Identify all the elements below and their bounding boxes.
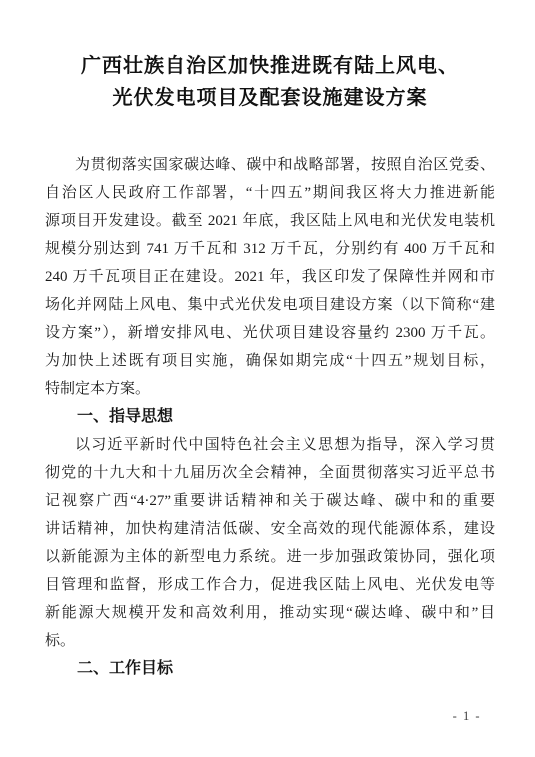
title-line-2: 光伏发电项目及配套设施建设方案 (45, 82, 495, 114)
text-line: 以新能源为主体的新型电力系统。进一步加强政策协同，强化项 (45, 543, 495, 571)
text-line: 为加快上述既有项目实施，确保如期完成“十四五”规划目标， (45, 347, 495, 375)
text-line: 以习近平新时代中国特色社会主义思想为指导，深入学习贯 (45, 431, 495, 459)
text-line: 240 万千瓦项目正在建设。2021 年，我区印发了保障性并网和市 (45, 263, 495, 291)
text-line: 源项目开发建设。截至 2021 年底，我区陆上风电和光伏发电装机 (45, 207, 495, 235)
page-number: - 1 - (453, 709, 481, 724)
document-page: 广西壮族自治区加快推进既有陆上风电、 光伏发电项目及配套设施建设方案 为贯彻落实… (0, 0, 535, 757)
text-line: 为贯彻落实国家碳达峰、碳中和战略部署，按照自治区党委、 (45, 151, 495, 179)
document-body: 为贯彻落实国家碳达峰、碳中和战略部署，按照自治区党委、自治区人民政府工作部署，“… (45, 151, 495, 683)
text-line: 设方案”），新增安排风电、光伏项目建设容量约 2300 万千瓦。 (45, 319, 495, 347)
title-line-1: 广西壮族自治区加快推进既有陆上风电、 (45, 50, 495, 82)
text-line: 讲话精神，加快构建清洁低碳、安全高效的现代能源体系，建设 (45, 515, 495, 543)
text-line: 自治区人民政府工作部署，“十四五”期间我区将大力推进新能 (45, 179, 495, 207)
paragraph-intro: 为贯彻落实国家碳达峰、碳中和战略部署，按照自治区党委、自治区人民政府工作部署，“… (45, 151, 495, 403)
text-line: 记视察广西“4·27”重要讲话精神和关于碳达峰、碳中和的重要 (45, 487, 495, 515)
text-line: 目管理和监督，形成工作合力，促进我区陆上风电、光伏发电等 (45, 571, 495, 599)
text-line: 彻党的十九大和十九届历次全会精神，全面贯彻落实习近平总书 (45, 459, 495, 487)
text-line: 新能源大规模开发和高效利用，推动实现“碳达峰、碳中和”目 (45, 599, 495, 627)
text-line: 场化并网陆上风电、集中式光伏发电项目建设方案（以下简称“建 (45, 291, 495, 319)
section-heading-guiding-ideology: 一、指导思想 (45, 403, 495, 431)
document-title: 广西壮族自治区加快推进既有陆上风电、 光伏发电项目及配套设施建设方案 (45, 50, 495, 114)
paragraph-guiding-ideology: 以习近平新时代中国特色社会主义思想为指导，深入学习贯彻党的十九大和十九届历次全会… (45, 431, 495, 655)
text-line: 规模分别达到 741 万千瓦和 312 万千瓦，分别约有 400 万千瓦和 (45, 235, 495, 263)
text-line: 标。 (45, 627, 495, 655)
text-line: 特制定本方案。 (45, 375, 495, 403)
section-heading-work-goals: 二、工作目标 (45, 655, 495, 683)
